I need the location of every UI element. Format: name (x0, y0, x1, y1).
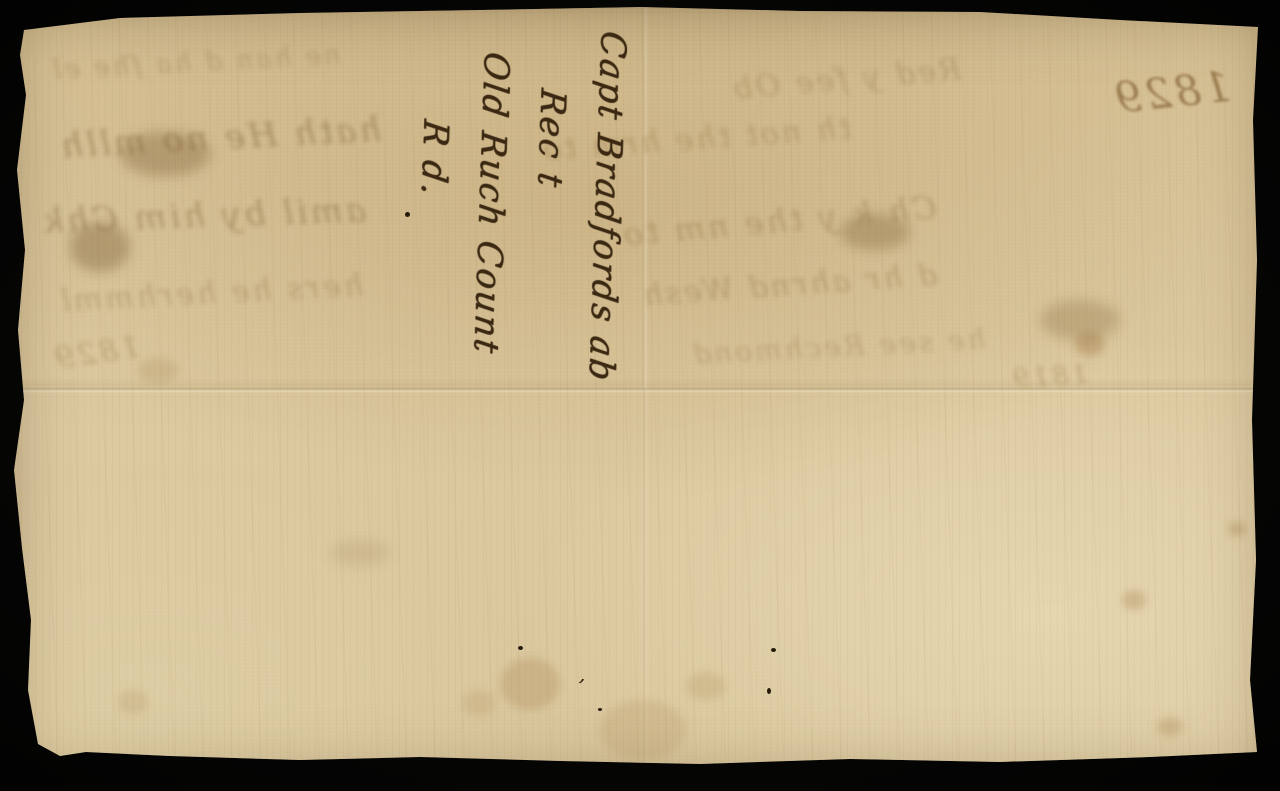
scanned-document: ne han d ha fhe el Red y fee Ob 1829 hat… (0, 0, 1280, 791)
ink-speck (1230, 754, 1234, 758)
paper-sheet: ne han d ha fhe el Red y fee Ob 1829 hat… (0, 0, 1280, 791)
paper-vignette (0, 0, 1280, 791)
